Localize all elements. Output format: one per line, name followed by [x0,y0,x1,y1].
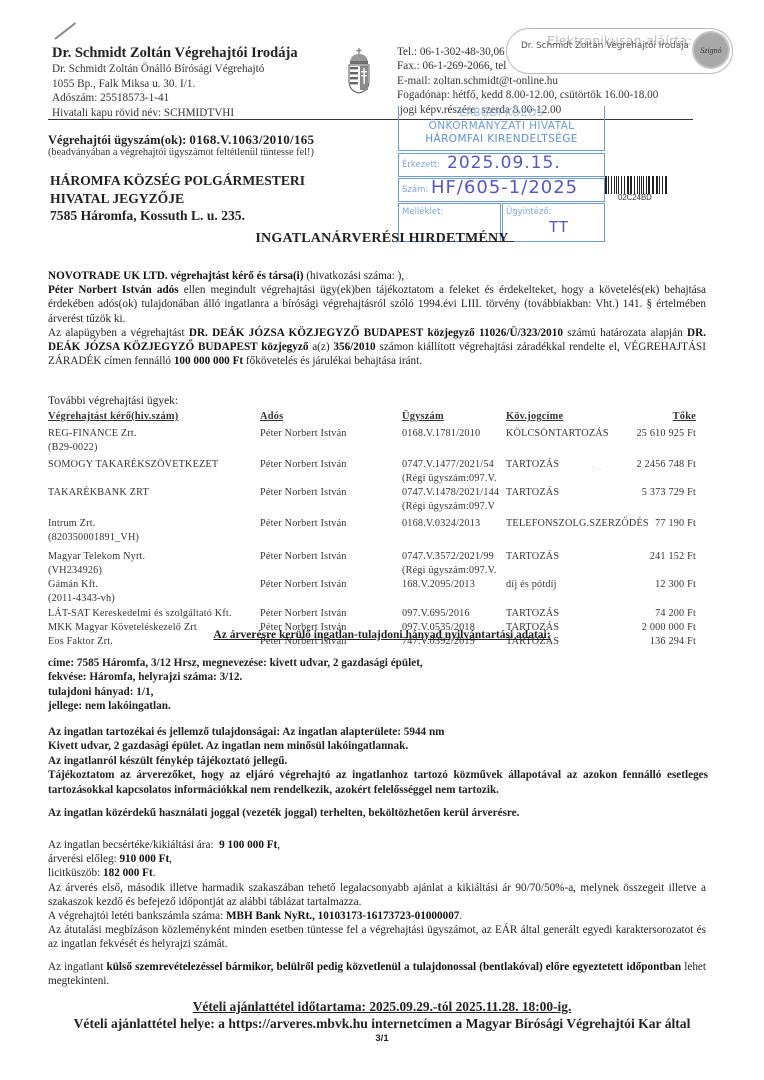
intro-text: számú határozata alapján [563,327,687,339]
addressee-line: HIVATAL JEGYZŐJE [50,190,305,208]
table-row: Magyar Telekom Nyrt.Péter Norbert István… [48,551,696,565]
principal-amount: 100 000 000 Ft [174,355,243,367]
claim-type-cell: TARTOZÁS [506,608,559,619]
case-number-value: 0168.V.1063/2010/165 [189,132,314,147]
principal-cell: 25 610 925 Ft [637,428,697,439]
case-number-cell: (Régi ügyszám:097.V. [402,565,497,576]
requester-cell: REG-FINANCE Zrt. [48,428,137,439]
column-header: Ügyszám [402,411,444,422]
handler-label: Ügyintéző: [506,207,551,217]
registry-line: fekvése: Háromfa, helyrajzi száma: 3/12. [48,670,708,684]
step-line: licitküszöb: 182 000 Ft. [48,866,706,880]
addressee-line: HÁROMFA KÖZSÉG POLGÁRMESTERI [50,172,305,190]
viewing-text: Az ingatlant [48,961,106,973]
stages-text: Az árverés első, második illetve harmadi… [48,881,706,909]
office-line: 1055 Bp., Falk Miksa u. 30. I/1. [52,77,264,92]
intro-text: Az alapügyben a végrehajtást [48,327,189,339]
requester-cell: TAKARÉKBANK ZRT [48,487,149,498]
electronic-signature-badge[interactable]: Elektronikusan aláírta: Dr. Schmidt Zolt… [506,28,733,74]
property-features: Az ingatlan tartozékai és jellemző tulaj… [48,725,708,797]
case-number-cell: (Régi ügyszám:097.V [402,501,495,512]
viewing-terms: külső szemrevételezéssel bármikor, belül… [106,961,681,973]
other-cases-title: További végrehajtási ügyek: [48,395,178,407]
case-number-cell: 0747.V.1477/2021/54 [402,459,494,470]
claim-type-cell: TARTOZÁS [506,551,559,562]
clause-number: 356/2010 [333,341,375,353]
case-number-cell: (Régi ügyszám:097.V. [402,473,497,484]
debtor-cell: Péter Norbert István [260,608,347,619]
page-number: 3/1 [0,1033,764,1044]
bidding-place: Vételi ajánlattétel helye: a https://arv… [0,1016,764,1032]
estimate-label: Az ingatlan becsértéke/kikiáltási ára: [48,839,219,851]
requester-cell: (2011-4343-vh) [48,593,115,604]
requester-cell: Magyar Telekom Nyrt. [48,551,145,562]
table-row: (B29-0022) [48,442,696,456]
bidding-period: Vételi ajánlattétel időtartama: 2025.09.… [0,999,764,1015]
contact-line: E-mail: zoltan.schmidt@t-online.hu [397,74,658,88]
office-details: Dr. Schmidt Zoltán Önálló Bírósági Végre… [52,62,264,120]
debtor-cell: Péter Norbert István [260,551,347,562]
number-label: Szám: [402,185,428,195]
case-number-cell: 168.V.2095/2013 [402,579,475,590]
intro-line-3: Az alapügyben a végrehajtást DR. DEÁK JÓ… [48,326,706,369]
seal-icon: Szignó [694,33,728,67]
price-section: Az ingatlan becsértéke/kikiáltási ára: 9… [48,838,706,952]
case-number-cell: 0747.V.3572/2021/99 [402,551,494,562]
requester-cell: Intrum Zrt. [48,518,95,529]
claim-type-cell: TELEFONSZOLG.SZERZŐDÉS [506,518,649,529]
property-registry: címe: 7585 Háromfa, 3/12 Hrsz, megnevezé… [48,656,708,714]
deposit-line: árverési előleg: 910 000 Ft, [48,852,706,866]
intro-text: főkövetelés és járulékai behajtása iránt… [243,355,422,367]
bank-line: A végrehajtói letéti bankszámla száma: M… [48,909,706,923]
intro-line-2: Péter Norbert István adós ellen megindul… [48,283,706,326]
stamp-org-line: ÖNKORMÁNYZATI HIVATAL [399,120,604,132]
stamp-org-line: LÁBODI KÖZÖS [399,107,604,119]
requester-cell: (820350001891_VH) [48,532,139,543]
attachment-label: Melléklet: [402,207,443,217]
deposit-label: árverési előleg: [48,853,119,865]
office-line: Dr. Schmidt Zoltán Önálló Bírósági Végre… [52,62,264,77]
requester-cell: (VH234926) [48,565,102,576]
table-row: Intrum Zrt.Péter Norbert István0168.V.03… [48,518,696,532]
barcode-code: 02C24BD [618,193,652,202]
feature-line: Az ingatlan tartozékai és jellemző tulaj… [48,725,708,739]
arrived-date: 2025.09.15. [447,153,561,173]
property-heading: Az árverésre kerülő ingatlan-tulajdoni h… [0,629,764,641]
table-row: (820350001891_VH) [48,532,696,546]
intro-text: (hivatkozási száma: ), [304,270,405,282]
feature-line: Tájékoztatom az árverezőket, hogy az elj… [48,768,708,797]
registry-line: tulajdoni hányad: 1/1, [48,685,708,699]
claim-type-cell: TARTOZÁS [506,459,559,470]
step-label: licitküszöb: [48,867,103,879]
principal-cell: 12 300 Ft [655,579,696,590]
case-number-cell: 0168.V.0324/2013 [402,518,480,529]
feature-line: Az ingatlanról készült fénykép tájékozta… [48,754,708,768]
principal-cell: 74 200 Ft [655,608,696,619]
table-row: Gámán Kft.Péter Norbert István168.V.2095… [48,579,696,593]
title-strike-mark [459,241,514,242]
viewing-paragraph: Az ingatlant külső szemrevételezéssel bá… [48,960,706,988]
debtor-cell: Péter Norbert István [260,459,347,470]
column-header: Adós [260,411,283,422]
requester-cell: LÁT-SAT Kereskedelmi és szolgáltató Kft. [48,608,232,619]
faint-mark: ▯ ≈ [592,465,601,473]
addressee: HÁROMFA KÖZSÉG POLGÁRMESTERI HIVATAL JEG… [50,172,305,225]
barcode-icon [605,176,669,194]
registry-line: címe: 7585 Háromfa, 3/12 Hrsz, megnevezé… [48,656,708,670]
debtor: Péter Norbert István adós [48,284,179,296]
registration-number: HF/605-1/2025 [431,177,578,198]
debtor-cell: Péter Norbert István [260,579,347,590]
claim-type-cell: TARTOZÁS [506,487,559,498]
addressee-line: 7585 Háromfa, Kossuth L. u. 235. [50,207,305,225]
stamp-header: LÁBODI KÖZÖS ÖNKORMÁNYZATI HIVATAL HÁROM… [398,106,605,151]
coat-of-arms-icon [347,48,371,94]
office-line: Adószám: 25518573-1-41 [52,91,264,106]
table-row: TAKARÉKBANK ZRTPéter Norbert István0747.… [48,487,696,501]
claim-type-cell: díj és pótdíj [506,579,557,590]
case-number: Végrehajtói ügyszám(ok): 0168.V.1063/201… [48,132,314,148]
table-row: (2011-4343-vh) [48,593,696,607]
transfer-text: Az átutalási megbízáson közleményként mi… [48,923,706,951]
table-row: (Régi ügyszám:097.V. [48,473,696,487]
intro-paragraph: NOVOTRADE UK LTD. végrehajtást kérő és t… [48,269,706,368]
arrived-label: Érkezett: [402,160,440,170]
registration-stamp: LÁBODI KÖZÖS ÖNKORMÁNYZATI HIVATAL HÁROM… [398,106,606,243]
table-row: (Régi ügyszám:097.V [48,501,696,515]
bank-label: A végrehajtói letéti bankszámla száma: [48,910,226,922]
registry-line: jellege: nem lakóingatlan. [48,699,708,713]
column-header: Tőke [673,411,696,422]
table-row: REG-FINANCE Zrt.Péter Norbert István0168… [48,428,696,442]
debtor-cell: Péter Norbert István [260,487,347,498]
case-number-cell: 097.V.695/2016 [402,608,470,619]
intro-line-1: NOVOTRADE UK LTD. végrehajtást kérő és t… [48,269,706,283]
contact-line: Fogadónap: hétfő, kedd 8.00-12.00, csütö… [397,88,658,102]
handwritten-mark [54,22,76,40]
requester-cell: SOMOGY TAKARÉKSZÖVETKEZET [48,459,218,470]
feature-line: Kivett udvar, 2 gazdasági épület. Az ing… [48,739,708,753]
step-value: 182 000 Ft [103,867,153,879]
estimate-line: Az ingatlan becsértéke/kikiáltási ára: 9… [48,838,706,852]
property-usage: Az ingatlan közérdekű használati joggal … [48,806,708,820]
case-number-cell: 0747.V.1478/2021/144 [402,487,499,498]
creditor: NOVOTRADE UK LTD. végrehajtást kérő és t… [48,270,304,282]
bank-account: MBH Bank NyRt., 10103173-16173723-010000… [226,910,459,922]
estimate-value: 9 100 000 Ft [219,839,277,851]
deposit-value: 910 000 Ft [119,853,169,865]
office-name: Dr. Schmidt Zoltán Végrehajtói Irodája [52,45,298,62]
case-number-label: Végrehajtói ügyszám(ok): [48,133,189,147]
stamp-number: Szám: HF/605-1/2025 [398,178,605,202]
claim-type-cell: KÖLCSÖNTARTOZÁS [506,428,609,439]
principal-cell: 2 2456 748 Ft [637,459,697,470]
intro-text: a(z) [308,341,333,353]
table-row: (VH234926)(Régi ügyszám:097.V. [48,565,696,579]
column-header: Végrehajtást kérő(hiv.szám) [48,411,178,422]
document-title: INGATLANÁRVERÉSI HIRDETMÉNY [0,231,764,247]
debtor-cell: Péter Norbert István [260,518,347,529]
stamp-org-line: HÁROMFAI KIRENDELTSÉGE [399,133,604,145]
document-title-text: INGATLANÁRVERÉSI HIRDETMÉNY [255,231,508,246]
notary-ref: DR. DEÁK JÓZSA KÖZJEGYZŐ BUDAPEST közjeg… [189,327,563,339]
requester-cell: (B29-0022) [48,442,98,453]
debtor-cell: Péter Norbert István [260,428,347,439]
case-number-cell: 0168.V.1781/2010 [402,428,480,439]
requester-cell: Gámán Kft. [48,579,98,590]
table-row: LÁT-SAT Kereskedelmi és szolgáltató Kft.… [48,608,696,622]
stamp-arrived: Érkezett: 2025.09.15. [398,153,605,177]
principal-cell: 5 373 729 Ft [642,487,696,498]
esign-signer: Dr. Schmidt Zoltán Végrehajtói Irodája [521,41,689,51]
case-number-note: (beadványában a végrehajtói ügyszámot fe… [48,147,314,158]
principal-cell: 241 152 Ft [650,551,696,562]
principal-cell: 77 190 Ft [655,518,696,529]
column-header: Köv.jogcíme [506,411,563,422]
